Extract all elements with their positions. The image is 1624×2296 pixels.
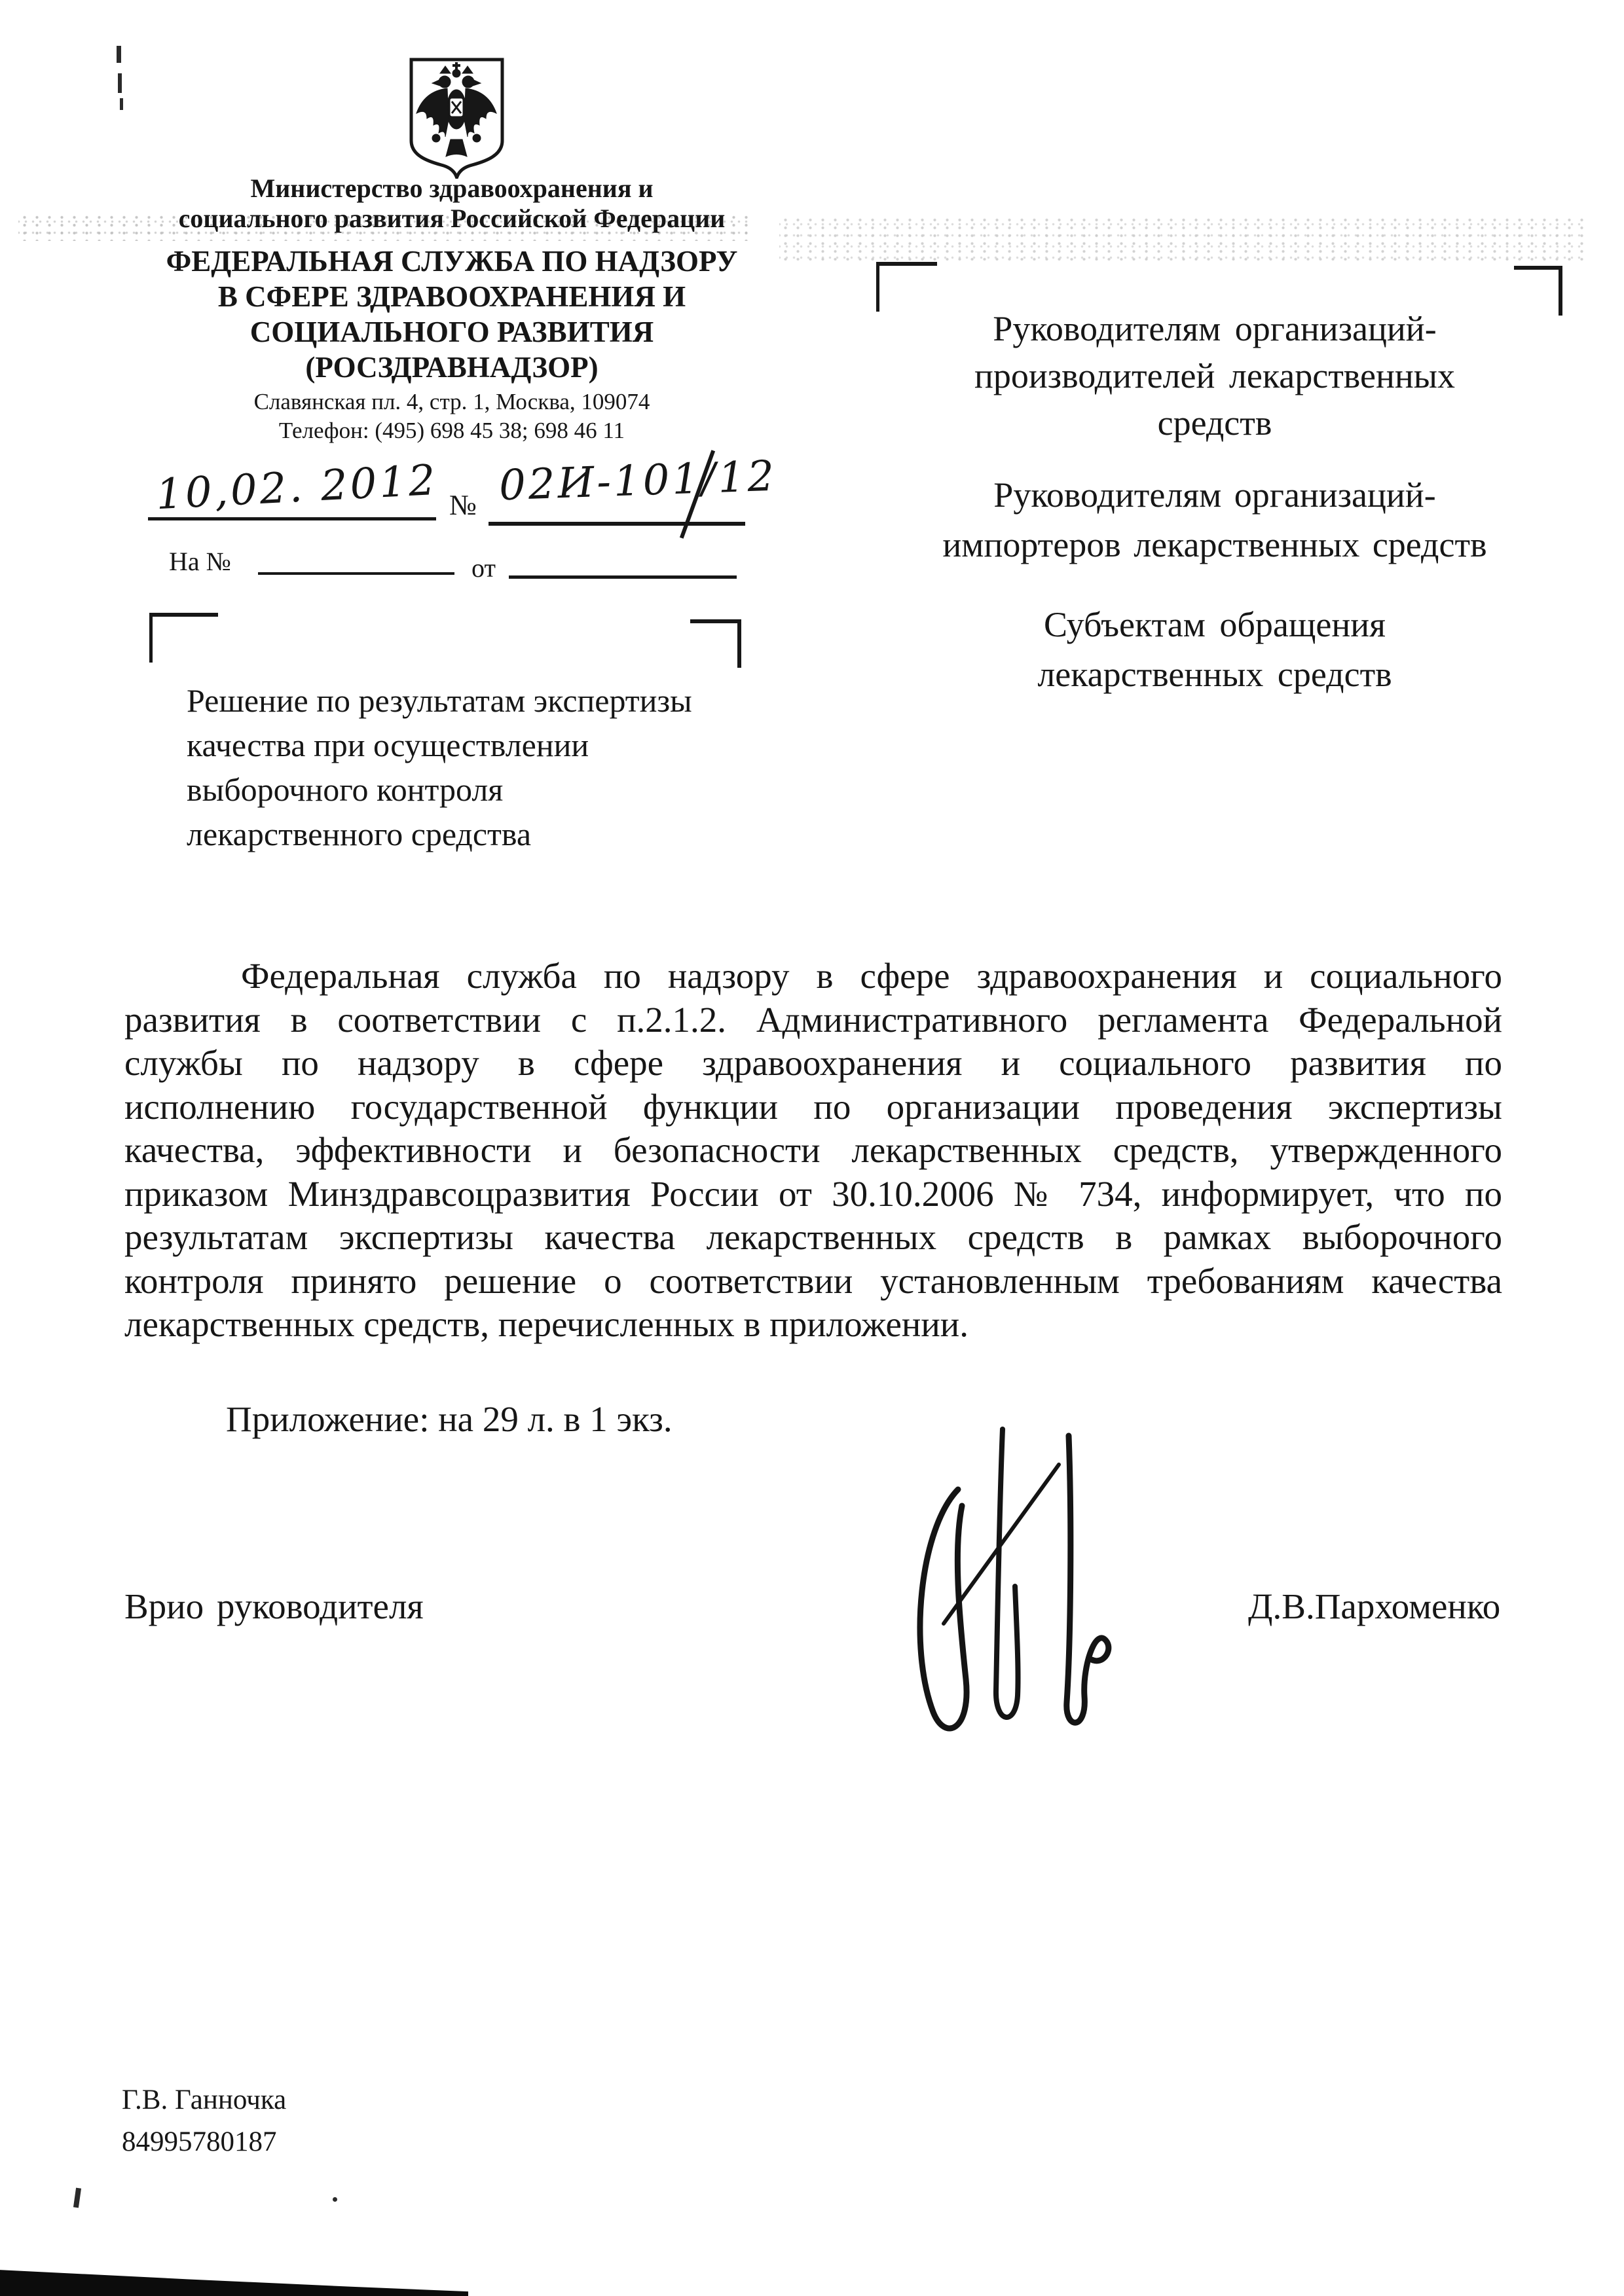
reply-to-label: На № bbox=[169, 546, 231, 577]
body-line: Федеральная служба по надзору в сфере зд… bbox=[124, 955, 1502, 998]
body-line: результатам экспертизы качества лекарств… bbox=[124, 1216, 1502, 1260]
agency-phone: Телефон: (495) 698 45 38; 698 46 11 bbox=[98, 416, 805, 445]
scan-speck bbox=[117, 46, 121, 63]
body-line: службы по надзору в сфере здравоохранени… bbox=[124, 1042, 1502, 1085]
agency-line: В СФЕРЕ ЗДРАВООХРАНЕНИЯ И bbox=[98, 279, 805, 314]
addressee-line: Руководителям организаций- bbox=[907, 470, 1522, 520]
agency-address: Славянская пл. 4, стр. 1, Москва, 109074 bbox=[98, 388, 805, 416]
subject-corner-mark-left bbox=[149, 613, 218, 663]
executor-phone: 84995780187 bbox=[122, 2121, 286, 2163]
addressee-block-circulation-subjects: Субъектам обращения лекарственных средст… bbox=[907, 600, 1522, 699]
ministry-line: социального развития Российской Федераци… bbox=[98, 204, 805, 234]
body-line: лекарственных средств, перечисленных в п… bbox=[124, 1303, 1502, 1347]
scan-speck bbox=[118, 73, 122, 93]
agency-line: ФЕДЕРАЛЬНАЯ СЛУЖБА ПО НАДЗОРУ bbox=[98, 244, 805, 279]
russian-coat-of-arms-icon bbox=[406, 56, 507, 179]
subject-line: Решение по результатам экспертизы bbox=[187, 678, 776, 723]
ministry-line: Министерство здравоохранения и bbox=[98, 173, 805, 204]
signer-position-title: Врио руководителя bbox=[124, 1586, 424, 1627]
handwritten-date: 10,02. 2012 bbox=[155, 456, 439, 519]
body-line: исполнению государственной функции по ор… bbox=[124, 1085, 1502, 1129]
agency-name: ФЕДЕРАЛЬНАЯ СЛУЖБА ПО НАДЗОРУ В СФЕРЕ ЗД… bbox=[98, 244, 805, 385]
reply-date-blank-line bbox=[509, 575, 737, 579]
addressee-line: производителей лекарственных bbox=[907, 352, 1522, 399]
addressee-corner-mark-left bbox=[876, 262, 937, 312]
handwritten-signature bbox=[881, 1424, 1143, 1771]
body-paragraph: Федеральная служба по надзору в сфере зд… bbox=[124, 955, 1502, 1347]
scanned-letter-page: { "page": { "paper_color": "#ffffff", "i… bbox=[0, 0, 1624, 2296]
addressee-line: Руководителям организаций- bbox=[907, 305, 1522, 352]
subject-line: лекарственного средства bbox=[187, 812, 776, 856]
number-sign: № bbox=[449, 488, 477, 522]
subject-line: выборочного контроля bbox=[187, 767, 776, 812]
agency-line: (РОСЗДРАВНАДЗОР) bbox=[98, 350, 805, 385]
addressee-line: импортеров лекарственных средств bbox=[907, 520, 1522, 570]
scan-speck bbox=[333, 2197, 337, 2202]
addressee-block-manufacturers: Руководителям организаций- производителе… bbox=[907, 305, 1522, 446]
handwritten-number: 02И-101/12 bbox=[498, 452, 777, 511]
addressee-line: средств bbox=[907, 399, 1522, 446]
body-line: приказом Минздравсоцразвития России от 3… bbox=[124, 1173, 1502, 1216]
ministry-name: Министерство здравоохранения и социально… bbox=[98, 173, 805, 234]
executor-name: Г.В. Ганночка bbox=[122, 2079, 286, 2121]
body-line: качества, эффективности и безопасности л… bbox=[124, 1129, 1502, 1173]
date-underline bbox=[148, 517, 436, 520]
signer-name: Д.В.Пархоменко bbox=[1248, 1586, 1500, 1627]
scan-speck bbox=[120, 98, 123, 110]
addressee-block-importers: Руководителям организаций- импортеров ле… bbox=[907, 470, 1522, 570]
agency-contacts: Славянская пл. 4, стр. 1, Москва, 109074… bbox=[98, 388, 805, 445]
scan-speck bbox=[73, 2188, 81, 2208]
number-underline bbox=[489, 522, 745, 526]
reply-number-blank-line bbox=[258, 572, 454, 575]
scan-noise-band-right bbox=[779, 216, 1585, 261]
addressee-line: Субъектам обращения bbox=[907, 600, 1522, 649]
scan-edge-artifact bbox=[0, 2259, 468, 2296]
body-line: развития в соответствии с п.2.1.2. Админ… bbox=[124, 998, 1502, 1042]
executor-block: Г.В. Ганночка 84995780187 bbox=[122, 2079, 286, 2163]
agency-line: СОЦИАЛЬНОГО РАЗВИТИЯ bbox=[98, 314, 805, 350]
subject-block: Решение по результатам экспертизы качест… bbox=[187, 678, 776, 856]
attachment-note: Приложение: на 29 л. в 1 экз. bbox=[226, 1398, 673, 1440]
reply-date-label: от bbox=[471, 553, 496, 583]
subject-corner-mark-right bbox=[690, 619, 741, 668]
body-line: контроля принято решение о соответствии … bbox=[124, 1260, 1502, 1303]
subject-line: качества при осуществлении bbox=[187, 723, 776, 767]
addressee-line: лекарственных средств bbox=[907, 649, 1522, 699]
